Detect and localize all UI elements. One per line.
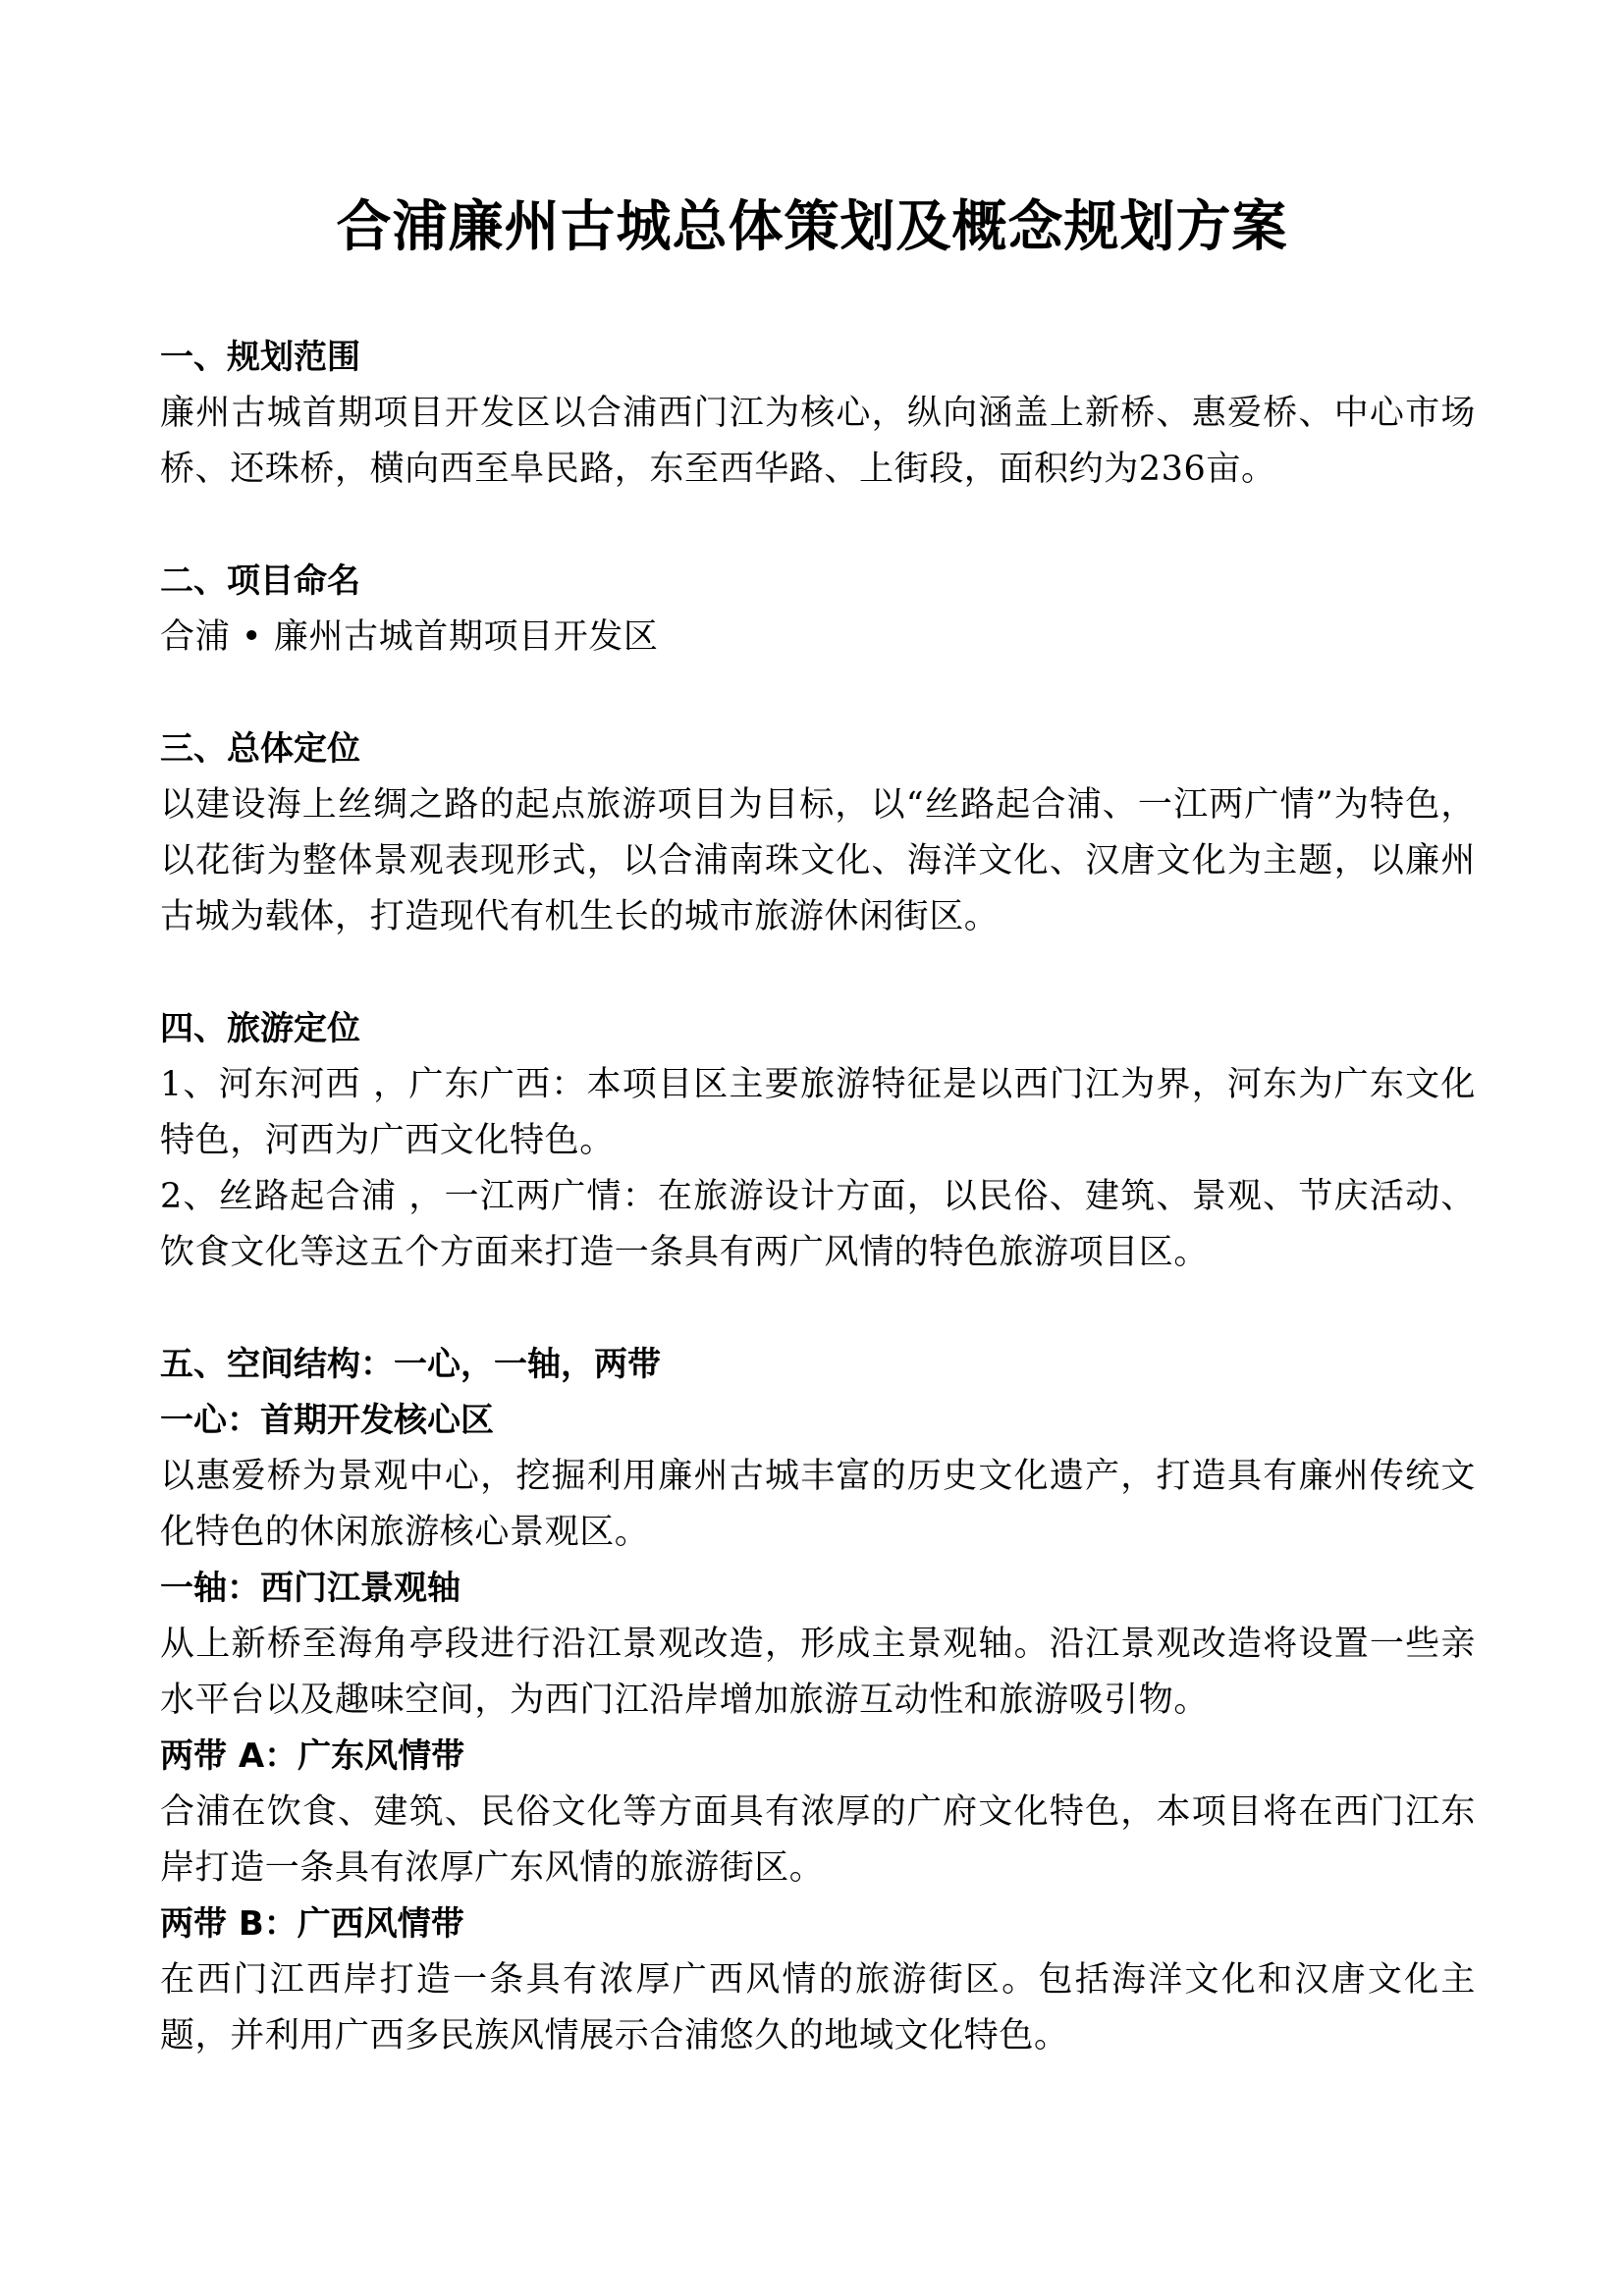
- paragraph: 2、丝路起合浦 ，一江两广情：在旅游设计方面，以民俗、建筑、景观、节庆活动、饮食…: [160, 1169, 1476, 1281]
- section-heading: 四、旅游定位: [160, 1001, 1476, 1057]
- document-page: 合浦廉州古城总体策划及概念规划方案 一、规划范围 廉州古城首期项目开发区以合浦西…: [0, 0, 1624, 2296]
- spacer: [160, 666, 1476, 721]
- paragraph: 廉州古城首期项目开发区以合浦西门江为核心，纵向涵盖上新桥、惠爱桥、中心市场桥、还…: [160, 386, 1476, 498]
- section-tourism-positioning: 四、旅游定位 1、河东河西 ，广东广西：本项目区主要旅游特征是以西门江为界，河东…: [160, 1001, 1476, 1281]
- paragraph: 在西门江西岸打造一条具有浓厚广西风情的旅游街区。包括海洋文化和汉唐文化主题，并利…: [160, 1952, 1476, 2064]
- spacer: [160, 1281, 1476, 1337]
- document-body: 一、规划范围 廉州古城首期项目开发区以合浦西门江为核心，纵向涵盖上新桥、惠爱桥、…: [160, 330, 1476, 2064]
- subsection-heading-core-zone: 一心：首期开发核心区: [160, 1393, 1476, 1449]
- paragraph: 1、河东河西 ，广东广西：本项目区主要旅游特征是以西门江为界，河东为广东文化特色…: [160, 1057, 1476, 1169]
- subsection-heading-guangxi-belt: 两带 B：广西风情带: [160, 1896, 1476, 1952]
- subsection-heading-landscape-axis: 一轴：西门江景观轴: [160, 1561, 1476, 1617]
- spacer: [160, 498, 1476, 554]
- section-project-naming: 二、项目命名 合浦 • 廉州古城首期项目开发区: [160, 554, 1476, 666]
- section-overall-positioning: 三、总体定位 以建设海上丝绸之路的起点旅游项目为目标，以“丝路起合浦、一江两广情…: [160, 721, 1476, 945]
- section-heading: 五、空间结构：一心，一轴，两带: [160, 1337, 1476, 1393]
- paragraph: 从上新桥至海角亭段进行沿江景观改造，形成主景观轴。沿江景观改造将设置一些亲水平台…: [160, 1617, 1476, 1729]
- paragraph: 合浦在饮食、建筑、民俗文化等方面具有浓厚的广府文化特色，本项目将在西门江东岸打造…: [160, 1785, 1476, 1896]
- section-planning-scope: 一、规划范围 廉州古城首期项目开发区以合浦西门江为核心，纵向涵盖上新桥、惠爱桥、…: [160, 330, 1476, 498]
- spacer: [160, 945, 1476, 1001]
- paragraph: 以建设海上丝绸之路的起点旅游项目为目标，以“丝路起合浦、一江两广情”为特色，以花…: [160, 777, 1476, 945]
- section-spatial-structure: 五、空间结构：一心，一轴，两带 一心：首期开发核心区 以惠爱桥为景观中心，挖掘利…: [160, 1337, 1476, 2064]
- paragraph: 以惠爱桥为景观中心，挖掘利用廉州古城丰富的历史文化遗产，打造具有廉州传统文化特色…: [160, 1449, 1476, 1561]
- section-heading: 二、项目命名: [160, 554, 1476, 610]
- page-title: 合浦廉州古城总体策划及概念规划方案: [0, 188, 1624, 267]
- section-heading: 三、总体定位: [160, 721, 1476, 777]
- subsection-heading-guangdong-belt: 两带 A：广东风情带: [160, 1729, 1476, 1785]
- section-heading: 一、规划范围: [160, 330, 1476, 386]
- paragraph: 合浦 • 廉州古城首期项目开发区: [160, 610, 1476, 666]
